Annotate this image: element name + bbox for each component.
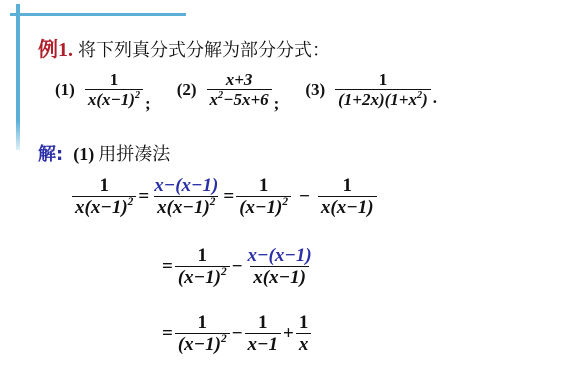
term-fraction: 1 x(x−1) <box>318 176 377 219</box>
problem-3-fraction: 1 (1+2x)(1+x2) <box>335 71 431 110</box>
problem-2-label: (2) <box>177 80 197 100</box>
operator: − <box>299 186 310 208</box>
operator: − <box>232 256 243 278</box>
method-text: 用拼凑法 <box>98 144 170 165</box>
lhs-fraction: 1 x(x−1)2 <box>72 176 136 219</box>
term-fraction: 1 (x−1)2 <box>175 313 230 356</box>
term-fraction: x−(x−1) x(x−1) <box>245 246 315 289</box>
operator: − <box>232 323 243 345</box>
term-fraction: 1 x <box>296 313 312 356</box>
numerator: x+3 <box>223 71 256 89</box>
term-fraction: 1 (x−1)2 <box>236 176 291 219</box>
operator: + <box>283 323 294 345</box>
problem-1-label: (1) <box>55 80 75 100</box>
solution-heading: 解: (1) 用拼凑法 <box>38 140 170 166</box>
decorative-vertical-line <box>16 4 20 150</box>
problem-1-fraction: 1 x(x−1)2 <box>85 71 143 110</box>
numerator: 1 <box>339 71 428 89</box>
solution-label: 解: <box>38 144 63 165</box>
equation-step-2: = 1 (x−1)2 − x−(x−1) x(x−1) <box>160 246 315 289</box>
equation-step-3: = 1 (x−1)2 − 1 x−1 + 1 x <box>160 313 311 356</box>
punctuation: ; <box>274 94 280 114</box>
equation-step-1: 1 x(x−1)2 = x−(x−1) x(x−1)2 = 1 (x−1)2 −… <box>72 176 377 219</box>
example-label: 例1. <box>38 39 73 61</box>
punctuation: . <box>433 88 437 108</box>
operator: = <box>223 186 234 208</box>
term-fraction: x−(x−1) x(x−1)2 <box>151 176 221 219</box>
denominator: x(x−1)2 <box>85 89 143 110</box>
term-fraction: 1 (x−1)2 <box>175 246 230 289</box>
denominator: x2−5x+6 <box>207 89 272 110</box>
instruction-text: 将下列真分式分解为部分分式： <box>78 40 330 61</box>
operator: = <box>162 323 173 345</box>
term-fraction: 1 x−1 <box>245 313 282 356</box>
decorative-horizontal-line <box>10 13 186 16</box>
operator: = <box>162 256 173 278</box>
problem-statement: 例1. 将下列真分式分解为部分分式： <box>38 33 330 62</box>
problem-3-label: (3) <box>305 80 325 100</box>
denominator: (1+2x)(1+x2) <box>335 89 431 110</box>
punctuation: ; <box>145 94 151 114</box>
numerator: 1 <box>107 71 122 89</box>
operator: = <box>138 186 149 208</box>
method-number: (1) <box>73 144 94 164</box>
problem-2-fraction: x+3 x2−5x+6 <box>207 71 272 110</box>
problem-list: (1) 1 x(x−1)2 ; (2) x+3 x2−5x+6 ; (3) 1 … <box>55 66 463 114</box>
